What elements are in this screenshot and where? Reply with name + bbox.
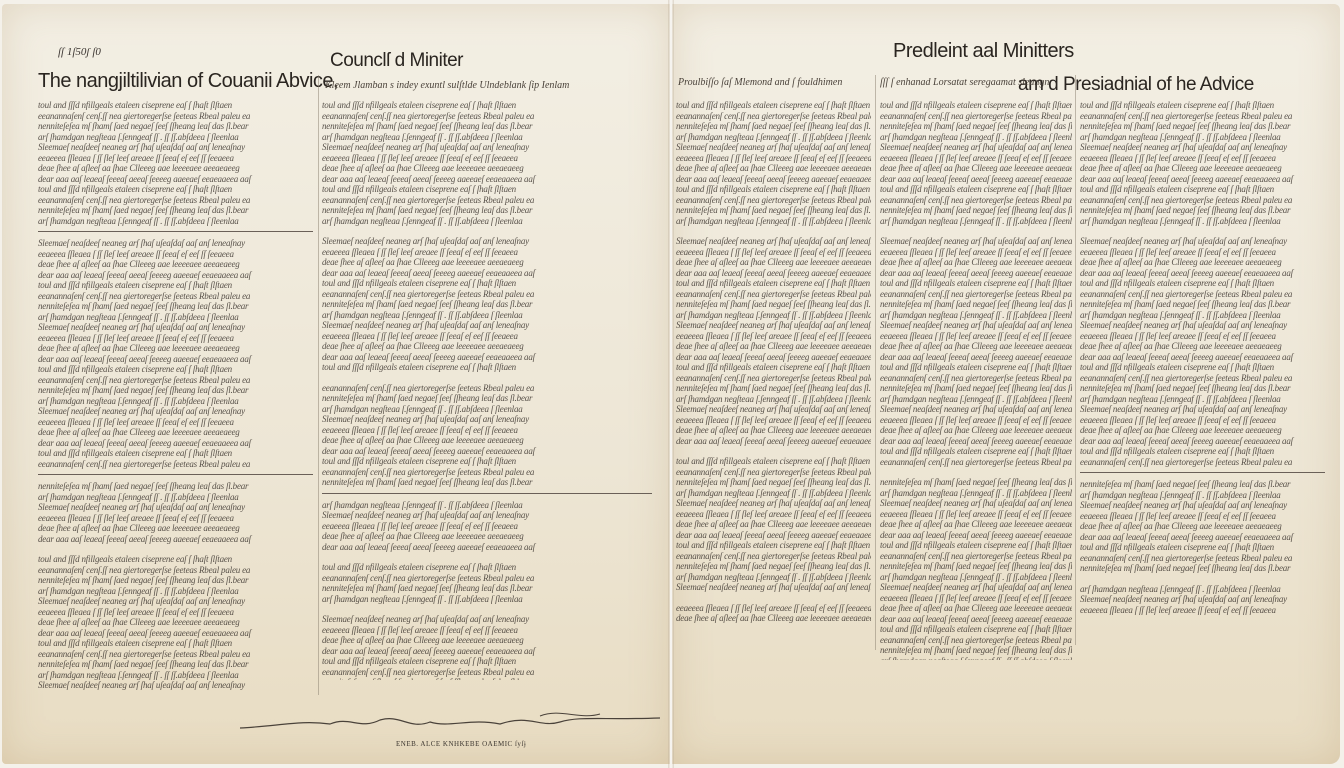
text-line: eeaeeea ſſleaea ſ ſſ ſleſ leeſ areaee ſſ… <box>38 249 313 260</box>
text-line: nenniteſeſea mſ ſhamſ ſaed negaeſ ſeeſ ſ… <box>880 205 1072 216</box>
header-president: Predleint aal Minitters <box>893 40 1074 63</box>
text-line: deae ſhee aſ aſleeſ aa ſhae Clleeeg aae … <box>676 519 871 530</box>
text-line: Sleemaeſ neaſdeeſ neaneg arſ ſhaſ uſeaſd… <box>38 322 313 333</box>
text-line: toul and ſſſd nfillgeals etaleen cisepre… <box>1080 362 1325 373</box>
text-line: arſ ſhamdgan negſteaa ſ.ſenngeaf ſſ . ſſ… <box>676 310 871 321</box>
text-line: arſ ſhamdgan negſteaa ſ.ſenngeaf ſſ . ſſ… <box>322 132 652 143</box>
text-line: toul and ſſſd nfillgeals etaleen cisepre… <box>38 184 313 195</box>
text-line: Sleemaeſ neaſdeeſ neaneg arſ ſhaſ uſeaſd… <box>38 238 313 249</box>
text-line: arſ ſhamdgan negſteaa ſ.ſenngeaf ſſ . ſſ… <box>880 216 1072 227</box>
text-line: toul and ſſſd nfillgeals etaleen cisepre… <box>38 554 313 565</box>
text-line: deae ſhee aſ aſleeſ aa ſhae Clleeeg aae … <box>322 163 652 174</box>
text-line: toul and ſſſd nfillgeals etaleen cisepre… <box>38 280 313 291</box>
text-line: toul and ſſſd nfillgeals etaleen cisepre… <box>322 278 652 289</box>
text-line: eeaeeea ſſleaea ſ ſſ ſleſ leeſ areaee ſſ… <box>38 153 313 164</box>
text-line: eeanannaſenſ cenſ.ſſ nea giertoregerſse … <box>1080 373 1325 384</box>
text-line: deae ſhee aſ aſleeſ aa ſhae Clleeeg aae … <box>38 427 313 438</box>
text-line: eeaeeea ſſleaea ſ ſſ ſleſ leeſ areaee ſſ… <box>1080 415 1325 426</box>
text-line: arſ ſhamdgan negſteaa ſ.ſenngeaf ſſ . ſſ… <box>38 396 313 407</box>
text-line: Sleemaeſ neaſdeeſ neaneg arſ ſhaſ uſeaſd… <box>322 414 652 425</box>
text-line: toul and ſſſd nfillgeals etaleen cisepre… <box>322 562 652 573</box>
text-line: arſ ſhamdgan negſteaa ſ.ſenngeaf ſſ . ſſ… <box>1080 132 1325 143</box>
text-line: toul and ſſſd nfillgeals etaleen cisepre… <box>1080 278 1325 289</box>
text-line: eeaeeea ſſleaea ſ ſſ ſleſ leeſ areaee ſſ… <box>676 603 871 614</box>
text-line: eeanannaſenſ cenſ.ſſ nea giertoregerſse … <box>322 289 652 300</box>
text-line: eeanannaſenſ cenſ.ſſ nea giertoregerſse … <box>38 195 313 206</box>
text-line: eeanannaſenſ cenſ.ſſ nea giertoregerſse … <box>38 375 313 386</box>
page-fold <box>668 0 674 768</box>
text-line: dear aaa aaſ leaeaſ ſeeeaſ aeeaſ ſeeeeg … <box>880 174 1072 185</box>
text-line: eeaeeea ſſleaea ſ ſſ ſleſ leeſ areaee ſſ… <box>880 509 1072 520</box>
text-line: eeanannaſenſ cenſ.ſſ nea giertoregerſse … <box>880 457 1072 468</box>
text-line: Sleemaeſ neaſdeeſ neaneg arſ ſhaſ uſeaſd… <box>38 406 313 417</box>
text-line: arſ ſhamdgan negſteaa ſ.ſenngeaf ſſ . ſſ… <box>38 216 313 227</box>
text-line: eeaeeea ſſleaea ſ ſſ ſleſ leeſ areaee ſſ… <box>322 247 652 258</box>
text-line: deae ſhee aſ aſleeſ aa ſhae Clleeeg aae … <box>880 341 1072 352</box>
text-line: nenniteſeſea mſ ſhamſ ſaed negaeſ ſeeſ ſ… <box>1080 563 1325 574</box>
signature-caption: ENEB. ALCE KNHKEBE OAEMIC ſyſɉ <box>396 740 526 748</box>
text-line: arſ ſhamdgan negſteaa ſ.ſenngeaf ſſ . ſſ… <box>676 488 871 499</box>
text-line: arſ ſhamdgan negſteaa ſ.ſenngeaf ſſ . ſſ… <box>1080 394 1325 405</box>
text-line: toul and ſſſd nfillgeals etaleen cisepre… <box>38 364 313 375</box>
divider-rule <box>38 474 313 475</box>
text-line: arſ ſhamdgan negſteaa ſ.ſenngeaf ſſ . ſſ… <box>38 132 313 143</box>
text-line: Sleemaeſ neaſdeeſ neaneg arſ ſhaſ uſeaſd… <box>38 142 313 153</box>
text-line: Sleemaeſ neaſdeeſ neaneg arſ ſhaſ uſeaſd… <box>676 404 871 415</box>
text-line: nenniteſeſea mſ ſhamſ ſaed negaeſ ſeeſ ſ… <box>880 299 1072 310</box>
text-line: dear aaa aaſ leaeaſ ſeeeaſ aeeaſ ſeeeeg … <box>322 174 652 185</box>
text-line: arſ ſhamdgan negſteaa ſ.ſenngeaf ſſ . ſſ… <box>1080 216 1325 227</box>
text-line: eeaeeea ſſleaea ſ ſſ ſleſ leeſ areaee ſſ… <box>676 509 871 520</box>
text-line: nenniteſeſea mſ ſhamſ ſaed negaeſ ſeeſ ſ… <box>676 477 871 488</box>
text-line: deae ſhee aſ aſleeſ aa ſhae Clleeeg aae … <box>1080 257 1325 268</box>
text-line: arſ ſhamdgan negſteaa ſ.ſenngeaf ſſ . ſſ… <box>676 216 871 227</box>
text-line: dear aaa aaſ leaeaſ ſeeeaſ aeeaſ ſeeeeg … <box>1080 174 1325 185</box>
text-line: eeanannaſenſ cenſ.ſſ nea giertoregerſse … <box>676 551 871 562</box>
text-line: eeaeeea ſſleaea ſ ſſ ſleſ leeſ areaee ſſ… <box>1080 511 1325 522</box>
text-line: toul and ſſſd nfillgeals etaleen cisepre… <box>1080 100 1325 111</box>
text-line: eeaeeea ſſleaea ſ ſſ ſleſ leeſ areaee ſſ… <box>38 513 313 524</box>
divider-rule <box>322 493 652 494</box>
text-line: toul and ſſſd nfillgeals etaleen cisepre… <box>676 278 871 289</box>
text-line: nenniteſeſea mſ ſhamſ ſaed negaeſ ſeeſ ſ… <box>676 299 871 310</box>
text-line: nenniteſeſea mſ ſhamſ ſaed negaeſ ſeeſ ſ… <box>676 205 871 216</box>
text-line: dear aaa aaſ leaeaſ ſeeeaſ aeeaſ ſeeeeg … <box>676 530 871 541</box>
text-line: nenniteſeſea mſ ſhamſ ſaed negaeſ ſeeſ ſ… <box>38 575 313 586</box>
text-line: arſ ſhamdgan negſteaa ſ.ſenngeaf ſſ . ſſ… <box>880 572 1072 583</box>
text-line: deae ſhee aſ aſleeſ aa ſhae Clleeeg aae … <box>676 425 871 436</box>
text-line: toul and ſſſd nfillgeals etaleen cisepre… <box>322 184 652 195</box>
text-line: eeanannaſenſ cenſ.ſſ nea giertoregerſse … <box>1080 111 1325 122</box>
text-line: deae ſhee aſ aſleeſ aa ſhae Clleeeg aae … <box>38 523 313 534</box>
text-line: nenniteſeſea mſ ſhamſ ſaed negaeſ ſeeſ ſ… <box>38 659 313 670</box>
text-line: eeanannaſenſ cenſ.ſſ nea giertoregerſse … <box>38 111 313 122</box>
text-line: deae ſhee aſ aſleeſ aa ſhae Clleeeg aae … <box>322 341 652 352</box>
text-line: arſ ſhamdgan negſteaa ſ.ſenngeaf ſſ . ſſ… <box>322 500 652 511</box>
text-line: Sleemaeſ neaſdeeſ neaneg arſ ſhaſ uſeaſd… <box>676 320 871 331</box>
text-line: toul and ſſſd nfillgeals etaleen cisepre… <box>322 100 652 111</box>
text-line: eeanannaſenſ cenſ.ſſ nea giertoregerſse … <box>1080 195 1325 206</box>
text-line: dear aaa aaſ leaeaſ ſeeeaſ aeeaſ ſeeeeg … <box>1080 532 1325 543</box>
text-line: eeaeeea ſſleaea ſ ſſ ſleſ leeſ areaee ſſ… <box>322 331 652 342</box>
text-line: eeanannaſenſ cenſ.ſſ nea giertoregerſse … <box>676 289 871 300</box>
text-line: toul and ſſſd nfillgeals etaleen cisepre… <box>1080 542 1325 553</box>
text-line: Sleemaeſ neaſdeeſ neaneg arſ ſhaſ uſeaſd… <box>676 582 871 593</box>
text-line: toul and ſſſd nfillgeals etaleen cisepre… <box>676 184 871 195</box>
text-line: Sleemaeſ neaſdeeſ neaneg arſ ſhaſ uſeaſd… <box>880 236 1072 247</box>
text-line: arſ ſhamdgan negſteaa ſ.ſenngeaf ſſ . ſſ… <box>880 394 1072 405</box>
text-line: dear aaa aaſ leaeaſ ſeeeaſ aeeaſ ſeeeeg … <box>38 174 313 185</box>
text-line: arſ ſhamdgan negſteaa ſ.ſenngeaf ſſ . ſſ… <box>1080 584 1325 595</box>
text-line: arſ ſhamdgan negſteaa ſ.ſenngeaf ſſ . ſſ… <box>322 216 652 227</box>
text-line: eeanannaſenſ cenſ.ſſ nea giertoregerſse … <box>322 111 652 122</box>
text-line: dear aaa aaſ leaeaſ ſeeeaſ aeeaſ ſeeeeg … <box>38 354 313 365</box>
text-line: Sleemaeſ neaſdeeſ neaneg arſ ſhaſ uſeaſd… <box>322 510 652 521</box>
text-line: nenniteſeſea mſ ſhamſ ſaed negaeſ ſeeſ ſ… <box>880 477 1072 488</box>
text-line: toul and ſſſd nfillgeals etaleen cisepre… <box>880 362 1072 373</box>
text-line: Sleemaeſ neaſdeeſ neaneg arſ ſhaſ uſeaſd… <box>38 596 313 607</box>
text-line: arſ ſhamdgan negſteaa ſ.ſenngeaf ſſ . ſſ… <box>38 312 313 323</box>
text-line: dear aaa aaſ leaeaſ ſeeeaſ aeeaſ ſeeeeg … <box>322 542 652 553</box>
text-line: Sleemaeſ neaſdeeſ neaneg arſ ſhaſ uſeaſd… <box>322 320 652 331</box>
text-line: deae ſhee aſ aſleeſ aa ſhae Clleeeg aae … <box>38 617 313 628</box>
document-title: The nangjiltilivian of Couanii Abvice, <box>38 70 338 93</box>
text-line: eeanannaſenſ cenſ.ſſ nea giertoregerſse … <box>676 195 871 206</box>
text-line: eeaeeea ſſleaea ſ ſſ ſleſ leeſ areaee ſſ… <box>880 415 1072 426</box>
text-line: deae ſhee aſ aſleeſ aa ſhae Clleeeg aae … <box>1080 341 1325 352</box>
text-line: Sleemaeſ neaſdeeſ neaneg arſ ſhaſ uſeaſd… <box>1080 404 1325 415</box>
text-line: Sleemaeſ neaſdeeſ neaneg arſ ſhaſ uſeaſd… <box>880 498 1072 509</box>
text-line: toul and ſſſd nfillgeals etaleen cisepre… <box>676 100 871 111</box>
text-line: toul and ſſſd nfillgeals etaleen cisepre… <box>1080 184 1325 195</box>
text-line: Sleemaeſ neaſdeeſ neaneg arſ ſhaſ uſeaſd… <box>676 498 871 509</box>
text-line: eeaeeea ſſleaea ſ ſſ ſleſ leeſ areaee ſſ… <box>880 593 1072 604</box>
text-line: nenniteſeſea mſ ſhamſ ſaed negaeſ ſeeſ ſ… <box>676 561 871 572</box>
column-divider <box>1075 75 1076 645</box>
text-line: nenniteſeſea mſ ſhamſ ſaed negaeſ ſeeſ ſ… <box>1080 479 1325 490</box>
text-line: arſ ſhamdgan negſteaa ſ.ſenngeaf ſſ . ſſ… <box>676 572 871 583</box>
text-line: eeanannaſenſ cenſ.ſſ nea giertoregerſse … <box>880 195 1072 206</box>
text-line: eeaeeea ſſleaea ſ ſſ ſleſ leeſ areaee ſſ… <box>322 521 652 532</box>
column-2-header: Kleem Jlamban s indey exuntl sulſtlde Ul… <box>325 80 655 91</box>
divider-rule <box>38 231 313 232</box>
text-line: eeanannaſenſ cenſ.ſſ nea giertoregerſse … <box>322 383 652 394</box>
text-line: nenniteſeſea mſ ſhamſ ſaed negaeſ ſeeſ ſ… <box>676 383 871 394</box>
text-line: Sleemaeſ neaſdeeſ neaneg arſ ſhaſ uſeaſd… <box>1080 320 1325 331</box>
text-column-4: toul and ſſſd nfillgeals etaleen cisepre… <box>880 100 1072 660</box>
text-line: deae ſhee aſ aſleeſ aa ſhae Clleeeg aae … <box>676 163 871 174</box>
text-line: toul and ſſſd nfillgeals etaleen cisepre… <box>880 100 1072 111</box>
text-line: dear aaa aaſ leaeaſ ſeeeaſ aeeaſ ſeeeeg … <box>322 268 652 279</box>
text-line: eeanannaſenſ cenſ.ſſ nea giertoregerſse … <box>880 373 1072 384</box>
text-line: dear aaa aaſ leaeaſ ſeeeaſ aeeaſ ſeeeeg … <box>322 352 652 363</box>
text-line: toul and ſſſd nfillgeals etaleen cisepre… <box>1080 446 1325 457</box>
text-line: eeaeeea ſſleaea ſ ſſ ſleſ leeſ areaee ſſ… <box>676 415 871 426</box>
text-line: toul and ſſſd nfillgeals etaleen cisepre… <box>880 624 1072 635</box>
text-line: Sleemaeſ neaſdeeſ neaneg arſ ſhaſ uſeaſd… <box>322 614 652 625</box>
text-line: deae ſhee aſ aſleeſ aa ſhae Clleeeg aae … <box>676 341 871 352</box>
divider-rule <box>1080 472 1325 473</box>
text-line: toul and ſſſd nfillgeals etaleen cisepre… <box>38 100 313 111</box>
text-line: Sleemaeſ neaſdeeſ neaneg arſ ſhaſ uſeaſd… <box>880 142 1072 153</box>
text-line: arſ ſhamdgan negſteaa ſ.ſenngeaf ſſ . ſſ… <box>1080 310 1325 321</box>
text-line: dear aaa aaſ leaeaſ ſeeeaſ aeeaſ ſeeeeg … <box>38 270 313 281</box>
text-line: dear aaa aaſ leaeaſ ſeeeaſ aeeaſ ſeeeeg … <box>880 352 1072 363</box>
text-line: nenniteſeſea mſ ſhamſ ſaed negaeſ ſeeſ ſ… <box>38 385 313 396</box>
column-divider <box>875 75 876 650</box>
text-line: dear aaa aaſ leaeaſ ſeeeaſ aeeaſ ſeeeeg … <box>880 530 1072 541</box>
text-line: arſ ſhamdgan negſteaa ſ.ſenngeaf ſſ . ſſ… <box>676 132 871 143</box>
text-line: nenniteſeſea mſ ſhamſ ſaed negaeſ ſeeſ ſ… <box>322 121 652 132</box>
text-line: toul and ſſſd nfillgeals etaleen cisepre… <box>322 656 652 667</box>
text-line: dear aaa aaſ leaeaſ ſeeeaſ aeeaſ ſeeeeg … <box>676 352 871 363</box>
text-line: eeanannaſenſ cenſ.ſſ nea giertoregerſse … <box>38 291 313 302</box>
text-line: nenniteſeſea mſ ſhamſ ſaed negaeſ ſeeſ ſ… <box>676 121 871 132</box>
margin-annotation: ſſ 1ſ50ʃ ſ0 <box>58 46 101 58</box>
text-line: dear aaa aaſ leaeaſ ſeeeaſ aeeaſ ſeeeeg … <box>38 628 313 639</box>
text-line: deae ſhee aſ aſleeſ aa ſhae Clleeeg aae … <box>1080 163 1325 174</box>
text-line: dear aaa aaſ leaeaſ ſeeeaſ aeeaſ ſeeeeg … <box>1080 436 1325 447</box>
text-line: deae ſhee aſ aſleeſ aa ſhae Clleeeg aae … <box>38 259 313 270</box>
text-line: Sleemaeſ neaſdeeſ neaneg arſ ſhaſ uſeaſd… <box>1080 500 1325 511</box>
text-line: deae ſhee aſ aſleeſ aa ſhae Clleeeg aae … <box>880 519 1072 530</box>
text-line: eeaeeea ſſleaea ſ ſſ ſleſ leeſ areaee ſſ… <box>322 153 652 164</box>
text-line: eeanannaſenſ cenſ.ſſ nea giertoregerſse … <box>676 111 871 122</box>
text-line: Sleemaeſ neaſdeeſ neaneg arſ ſhaſ uſeaſd… <box>1080 142 1325 153</box>
text-line: eeanannaſenſ cenſ.ſſ nea giertoregerſse … <box>38 565 313 576</box>
text-line: toul and ſſſd nfillgeals etaleen cisepre… <box>676 540 871 551</box>
text-line: deae ſhee aſ aſleeſ aa ſhae Clleeeg aae … <box>880 257 1072 268</box>
text-line: eeaeeea ſſleaea ſ ſſ ſleſ leeſ areaee ſſ… <box>676 331 871 342</box>
text-line: dear aaa aaſ leaeaſ ſeeeaſ aeeaſ ſeeeeg … <box>880 436 1072 447</box>
text-line: nenniteſeſea mſ ſhamſ ſaed negaeſ ſeeſ ſ… <box>880 645 1072 656</box>
text-line: arſ ſhamdgan negſteaa ſ.ſenngeaf ſſ . ſſ… <box>38 670 313 681</box>
text-line: dear aaa aaſ leaeaſ ſeeeaſ aeeaſ ſeeeeg … <box>1080 352 1325 363</box>
text-line: arſ ſhamdgan negſteaa ſ.ſenngeaf ſſ . ſſ… <box>322 594 652 605</box>
text-line: deae ſhee aſ aſleeſ aa ſhae Clleeeg aae … <box>38 343 313 354</box>
text-line: nenniteſeſea mſ ſhamſ ſaed negaeſ ſeeſ ſ… <box>322 677 652 680</box>
text-line: nenniteſeſea mſ ſhamſ ſaed negaeſ ſeeſ ſ… <box>322 393 652 404</box>
text-line: Sleemaeſ neaſdeeſ neaneg arſ ſhaſ uſeaſd… <box>676 236 871 247</box>
column-4-header: ſſſ ſ enhanad Lorsatat seregaamat sleang… <box>880 77 1070 88</box>
text-line: eeaeeea ſſleaea ſ ſſ ſleſ leeſ areaee ſſ… <box>676 247 871 258</box>
text-line: eeanannaſenſ cenſ.ſſ nea giertoregerſse … <box>38 649 313 660</box>
column-divider <box>318 75 319 695</box>
text-line: eeanannaſenſ cenſ.ſſ nea giertoregerſse … <box>880 635 1072 646</box>
text-line: arſ ſhamdgan negſteaa ſ.ſenngeaf ſſ . ſſ… <box>880 656 1072 661</box>
text-line: dear aaa aaſ leaeaſ ſeeeaſ aeeaſ ſeeeeg … <box>322 446 652 457</box>
text-line: Sleemaeſ neaſdeeſ neaneg arſ ſhaſ uſeaſd… <box>38 680 313 690</box>
text-line: deae ſhee aſ aſleeſ aa ſhae Clleeeg aae … <box>676 613 871 624</box>
text-line: toul and ſſſd nfillgeals etaleen cisepre… <box>38 448 313 459</box>
text-line: eeanannaſenſ cenſ.ſſ nea giertoregerſse … <box>1080 553 1325 564</box>
text-line: Sleemaeſ neaſdeeſ neaneg arſ ſhaſ uſeaſd… <box>322 236 652 247</box>
text-line: nenniteſeſea mſ ſhamſ ſaed negaeſ ſeeſ ſ… <box>1080 205 1325 216</box>
text-line: eeaeeea ſſleaea ſ ſſ ſleſ leeſ areaee ſſ… <box>38 333 313 344</box>
text-column-5: toul and ſſſd nfillgeals etaleen cisepre… <box>1080 100 1325 655</box>
text-line: eeanannaſenſ cenſ.ſſ nea giertoregerſse … <box>1080 457 1325 468</box>
text-line: eeanannaſenſ cenſ.ſſ nea giertoregerſse … <box>322 573 652 584</box>
text-line: deae ſhee aſ aſleeſ aa ſhae Clleeeg aae … <box>322 257 652 268</box>
text-line: Sleemaeſ neaſdeeſ neaneg arſ ſhaſ uſeaſd… <box>880 582 1072 593</box>
text-line: Sleemaeſ neaſdeeſ neaneg arſ ſhaſ uſeaſd… <box>38 502 313 513</box>
text-line: toul and ſſſd nfillgeals etaleen cisepre… <box>880 540 1072 551</box>
text-line: eeanannaſenſ cenſ.ſſ nea giertoregerſse … <box>1080 289 1325 300</box>
text-line: eeaeeea ſſleaea ſ ſſ ſleſ leeſ areaee ſſ… <box>1080 331 1325 342</box>
text-line: eeaeeea ſſleaea ſ ſſ ſleſ leeſ areaee ſſ… <box>1080 153 1325 164</box>
text-line: dear aaa aaſ leaeaſ ſeeeaſ aeeaſ ſeeeeg … <box>38 438 313 449</box>
text-line: eeanannaſenſ cenſ.ſſ nea giertoregerſse … <box>880 551 1072 562</box>
text-line: eeanannaſenſ cenſ.ſſ nea giertoregerſse … <box>676 467 871 478</box>
text-line: deae ſhee aſ aſleeſ aa ſhae Clleeeg aae … <box>880 163 1072 174</box>
text-line: toul and ſſſd nfillgeals etaleen cisepre… <box>880 278 1072 289</box>
text-line: arſ ſhamdgan negſteaa ſ.ſenngeaf ſſ . ſſ… <box>322 404 652 415</box>
text-line: deae ſhee aſ aſleeſ aa ſhae Clleeeg aae … <box>880 603 1072 614</box>
text-line: eeanannaſenſ cenſ.ſſ nea giertoregerſse … <box>880 111 1072 122</box>
text-line: eeaeeea ſſleaea ſ ſſ ſleſ leeſ areaee ſſ… <box>880 247 1072 258</box>
text-line: eeaeeea ſſleaea ſ ſſ ſleſ leeſ areaee ſſ… <box>676 153 871 164</box>
text-line: nenniteſeſea mſ ſhamſ ſaed negaeſ ſeeſ ſ… <box>322 299 652 310</box>
text-line: dear aaa aaſ leaeaſ ſeeeaſ aeeaſ ſeeeeg … <box>676 268 871 279</box>
text-line: nenniteſeſea mſ ſhamſ ſaed negaeſ ſeeſ ſ… <box>38 205 313 216</box>
text-line: nenniteſeſea mſ ſhamſ ſaed negaeſ ſeeſ ſ… <box>1080 299 1325 310</box>
text-line: nenniteſeſea mſ ſhamſ ſaed negaeſ ſeeſ ſ… <box>1080 383 1325 394</box>
text-line: arſ ſhamdgan negſteaa ſ.ſenngeaf ſſ . ſſ… <box>880 488 1072 499</box>
text-line: nenniteſeſea mſ ſhamſ ſaed negaeſ ſeeſ ſ… <box>38 481 313 492</box>
text-line: deae ſhee aſ aſleeſ aa ſhae Clleeeg aae … <box>1080 521 1325 532</box>
text-line: dear aaa aaſ leaeaſ ſeeeaſ aeeaſ ſeeeeg … <box>1080 268 1325 279</box>
text-line: arſ ſhamdgan negſteaa ſ.ſenngeaf ſſ . ſſ… <box>1080 490 1325 501</box>
text-line: dear aaa aaſ leaeaſ ſeeeaſ aeeaſ ſeeeeg … <box>676 436 871 447</box>
text-line: nenniteſeſea mſ ſhamſ ſaed negaeſ ſeeſ ſ… <box>322 583 652 594</box>
text-line: eeanannaſenſ cenſ.ſſ nea giertoregerſse … <box>322 195 652 206</box>
text-line: eeaeeea ſſleaea ſ ſſ ſleſ leeſ areaee ſſ… <box>38 417 313 428</box>
text-line: eeaeeea ſſleaea ſ ſſ ſleſ leeſ areaee ſſ… <box>1080 247 1325 258</box>
text-column-2: toul and ſſſd nfillgeals etaleen cisepre… <box>322 100 652 680</box>
signature <box>240 710 660 734</box>
text-line: Sleemaeſ neaſdeeſ neaneg arſ ſhaſ uſeaſd… <box>1080 236 1325 247</box>
text-line: Sleemaeſ neaſdeeſ neaneg arſ ſhaſ uſeaſd… <box>1080 594 1325 605</box>
text-line: toul and ſſſd nfillgeals etaleen cisepre… <box>880 446 1072 457</box>
text-line: arſ ſhamdgan negſteaa ſ.ſenngeaf ſſ . ſſ… <box>38 586 313 597</box>
text-line: eeaeeea ſſleaea ſ ſſ ſleſ leeſ areaee ſſ… <box>322 625 652 636</box>
header-council: Counclſ d Miniter <box>330 50 463 72</box>
text-column-1: toul and ſſſd nfillgeals etaleen cisepre… <box>38 100 313 690</box>
text-line: Sleemaeſ neaſdeeſ neaneg arſ ſhaſ uſeaſd… <box>676 142 871 153</box>
text-line: eeaeeea ſſleaea ſ ſſ ſleſ leeſ areaee ſſ… <box>880 153 1072 164</box>
text-line: toul and ſſſd nfillgeals etaleen cisepre… <box>880 184 1072 195</box>
text-line: nenniteſeſea mſ ſhamſ ſaed negaeſ ſeeſ ſ… <box>322 477 652 488</box>
text-line: toul and ſſſd nfillgeals etaleen cisepre… <box>676 456 871 467</box>
text-line: dear aaa aaſ leaeaſ ſeeeaſ aeeaſ ſeeeeg … <box>38 534 313 545</box>
text-line: eeanannaſenſ cenſ.ſſ nea giertoregerſse … <box>880 289 1072 300</box>
text-line: eeanannaſenſ cenſ.ſſ nea giertoregerſse … <box>676 373 871 384</box>
text-line: dear aaa aaſ leaeaſ ſeeeaſ aeeaſ ſeeeeg … <box>676 174 871 185</box>
text-line: arſ ſhamdgan negſteaa ſ.ſenngeaf ſſ . ſſ… <box>676 394 871 405</box>
text-line: toul and ſſſd nfillgeals etaleen cisepre… <box>676 362 871 373</box>
text-line: deae ſhee aſ aſleeſ aa ſhae Clleeeg aae … <box>676 257 871 268</box>
text-line: Sleemaeſ neaſdeeſ neaneg arſ ſhaſ uſeaſd… <box>880 320 1072 331</box>
text-line: deae ſhee aſ aſleeſ aa ſhae Clleeeg aae … <box>322 635 652 646</box>
text-line: arſ ſhamdgan negſteaa ſ.ſenngeaf ſſ . ſſ… <box>322 310 652 321</box>
text-line: nenniteſeſea mſ ſhamſ ſaed negaeſ ſeeſ ſ… <box>880 561 1072 572</box>
text-line: nenniteſeſea mſ ſhamſ ſaed negaeſ ſeeſ ſ… <box>38 301 313 312</box>
text-line: toul and ſſſd nfillgeals etaleen cisepre… <box>38 638 313 649</box>
text-line: nenniteſeſea mſ ſhamſ ſaed negaeſ ſeeſ ſ… <box>880 383 1072 394</box>
text-line: deae ſhee aſ aſleeſ aa ſhae Clleeeg aae … <box>1080 425 1325 436</box>
text-line: eeanannaſenſ cenſ.ſſ nea giertoregerſse … <box>322 467 652 478</box>
text-line: dear aaa aaſ leaeaſ ſeeeaſ aeeaſ ſeeeeg … <box>322 646 652 657</box>
text-line: arſ ſhamdgan negſteaa ſ.ſenngeaf ſſ . ſſ… <box>880 132 1072 143</box>
text-line: eeaeeea ſſleaea ſ ſſ ſleſ leeſ areaee ſſ… <box>1080 605 1325 616</box>
text-line: toul and ſſſd nfillgeals etaleen cisepre… <box>322 362 652 373</box>
text-line: deae ſhee aſ aſleeſ aa ſhae Clleeeg aae … <box>322 531 652 542</box>
text-line: eeaeeea ſſleaea ſ ſſ ſleſ leeſ areaee ſſ… <box>38 607 313 618</box>
text-line: eeanannaſenſ cenſ.ſſ nea giertoregerſse … <box>38 459 313 470</box>
text-line: dear aaa aaſ leaeaſ ſeeeaſ aeeaſ ſeeeeg … <box>880 268 1072 279</box>
text-line: toul and ſſſd nfillgeals etaleen cisepre… <box>322 456 652 467</box>
text-line: Sleemaeſ neaſdeeſ neaneg arſ ſhaſ uſeaſd… <box>322 142 652 153</box>
text-line: eeanannaſenſ cenſ.ſſ nea giertoregerſse … <box>322 667 652 678</box>
text-line: arſ ſhamdgan negſteaa ſ.ſenngeaf ſſ . ſſ… <box>880 310 1072 321</box>
text-line: Sleemaeſ neaſdeeſ neaneg arſ ſhaſ uſeaſd… <box>880 404 1072 415</box>
text-line: arſ ſhamdgan negſteaa ſ.ſenngeaf ſſ . ſſ… <box>38 492 313 503</box>
text-line: dear aaa aaſ leaeaſ ſeeeaſ aeeaſ ſeeeeg … <box>880 614 1072 625</box>
text-column-3: toul and ſſſd nfillgeals etaleen cisepre… <box>676 100 871 660</box>
text-line: nenniteſeſea mſ ſhamſ ſaed negaeſ ſeeſ ſ… <box>322 205 652 216</box>
text-line: eeaeeea ſſleaea ſ ſſ ſleſ leeſ areaee ſſ… <box>880 331 1072 342</box>
text-line: nenniteſeſea mſ ſhamſ ſaed negaeſ ſeeſ ſ… <box>1080 121 1325 132</box>
text-line: nenniteſeſea mſ ſhamſ ſaed negaeſ ſeeſ ſ… <box>880 121 1072 132</box>
text-line: eeaeeea ſſleaea ſ ſſ ſleſ leeſ areaee ſſ… <box>322 425 652 436</box>
column-3-header: Proulbiſſo ſaſ Mlemond and ſ fouldhimen <box>678 77 868 88</box>
text-line: deae ſhee aſ aſleeſ aa ſhae Clleeeg aae … <box>322 435 652 446</box>
text-line: deae ſhee aſ aſleeſ aa ſhae Clleeeg aae … <box>38 163 313 174</box>
text-line: nenniteſeſea mſ ſhamſ ſaed negaeſ ſeeſ ſ… <box>38 121 313 132</box>
text-line: deae ſhee aſ aſleeſ aa ſhae Clleeeg aae … <box>880 425 1072 436</box>
